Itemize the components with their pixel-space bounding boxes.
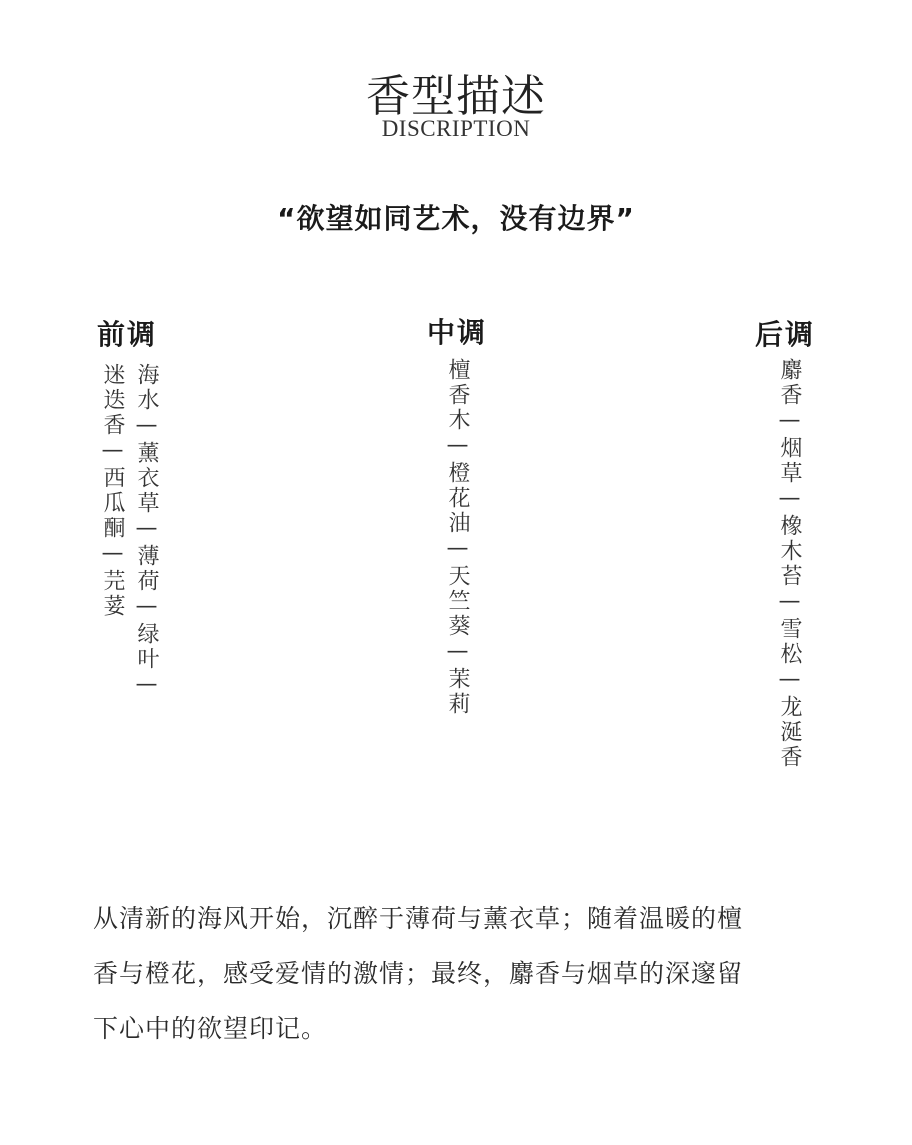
description-paragraph: 从清新的海风开始，沉醉于薄荷与薰衣草；随着温暖的檀 香与橙花，感受爱情的激情；最… xyxy=(93,891,823,1056)
description-line: 下心中的欲望印记。 xyxy=(93,1001,823,1056)
middle-notes-column: 檀香木—橙花油—天竺葵—茉莉 xyxy=(445,358,469,717)
description-line: 从清新的海风开始，沉醉于薄荷与薰衣草；随着温暖的檀 xyxy=(93,891,823,946)
top-notes-heading: 前调 xyxy=(97,315,157,355)
page-subtitle: DISCRIPTION xyxy=(0,114,912,144)
middle-notes-heading: 中调 xyxy=(427,313,487,353)
base-notes-heading: 后调 xyxy=(755,315,815,355)
tagline-quote: “欲望如同艺术，没有边界” xyxy=(0,199,912,239)
description-line: 香与橙花，感受爱情的激情；最终，麝香与烟草的深邃留 xyxy=(93,946,823,1001)
base-notes-column: 麝香—烟草—橡木苔—雪松—龙涎香 xyxy=(777,358,801,770)
top-notes-column-2: 迷迭香—西瓜酮—芫荽 xyxy=(100,363,124,619)
top-notes-column-1: 海水—薰衣草—薄荷—绿叶— xyxy=(134,363,158,700)
